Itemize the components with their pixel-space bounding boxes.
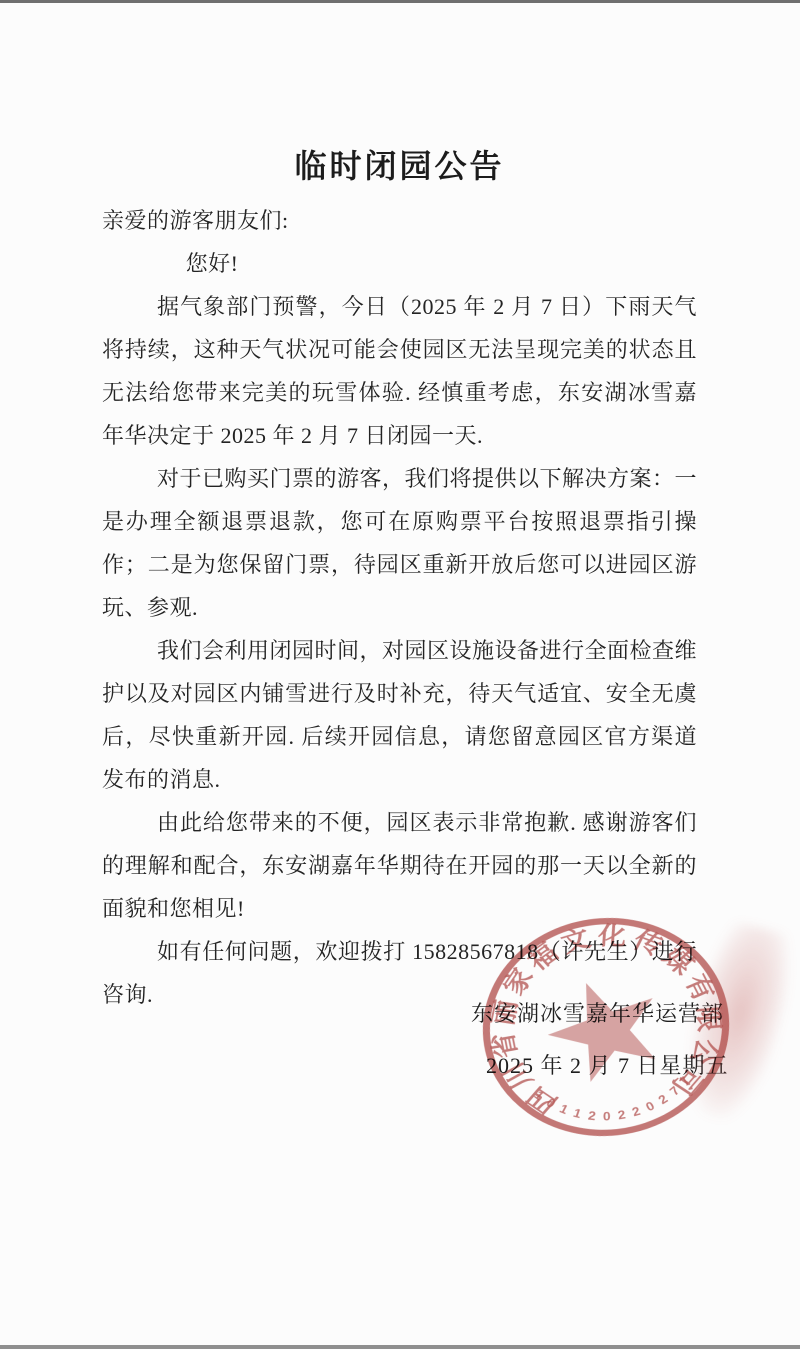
official-seal-stamp: 四川省丽家福文化传媒有限公司 101120220277 [457,892,755,1161]
seal-star-icon [543,976,661,1086]
salutation-line: 亲爱的游客朋友们: [102,199,697,242]
photographed-paper: 临时闭园公告 亲爱的游客朋友们: 您好! 据气象部门预警，今日（2025 年 2… [0,0,800,1349]
photo-bottom-edge [0,1345,800,1349]
body-paragraph-1: 据气象部门预警，今日（2025 年 2 月 7 日）下雨天气将持续，这种天气状况… [102,285,697,457]
greeting-line: 您好! [102,242,697,285]
body-paragraph-3: 我们会利用闭园时间，对园区设施设备进行全面检查维护以及对园区内铺雪进行及时补充，… [102,629,697,801]
announcement-document: 临时闭园公告 亲爱的游客朋友们: 您好! 据气象部门预警，今日（2025 年 2… [102,0,697,1016]
body-paragraph-2: 对于已购买门票的游客，我们将提供以下解决方案：一是办理全额退票退款，您可在原购票… [102,457,697,629]
document-title: 临时闭园公告 [102,146,697,186]
